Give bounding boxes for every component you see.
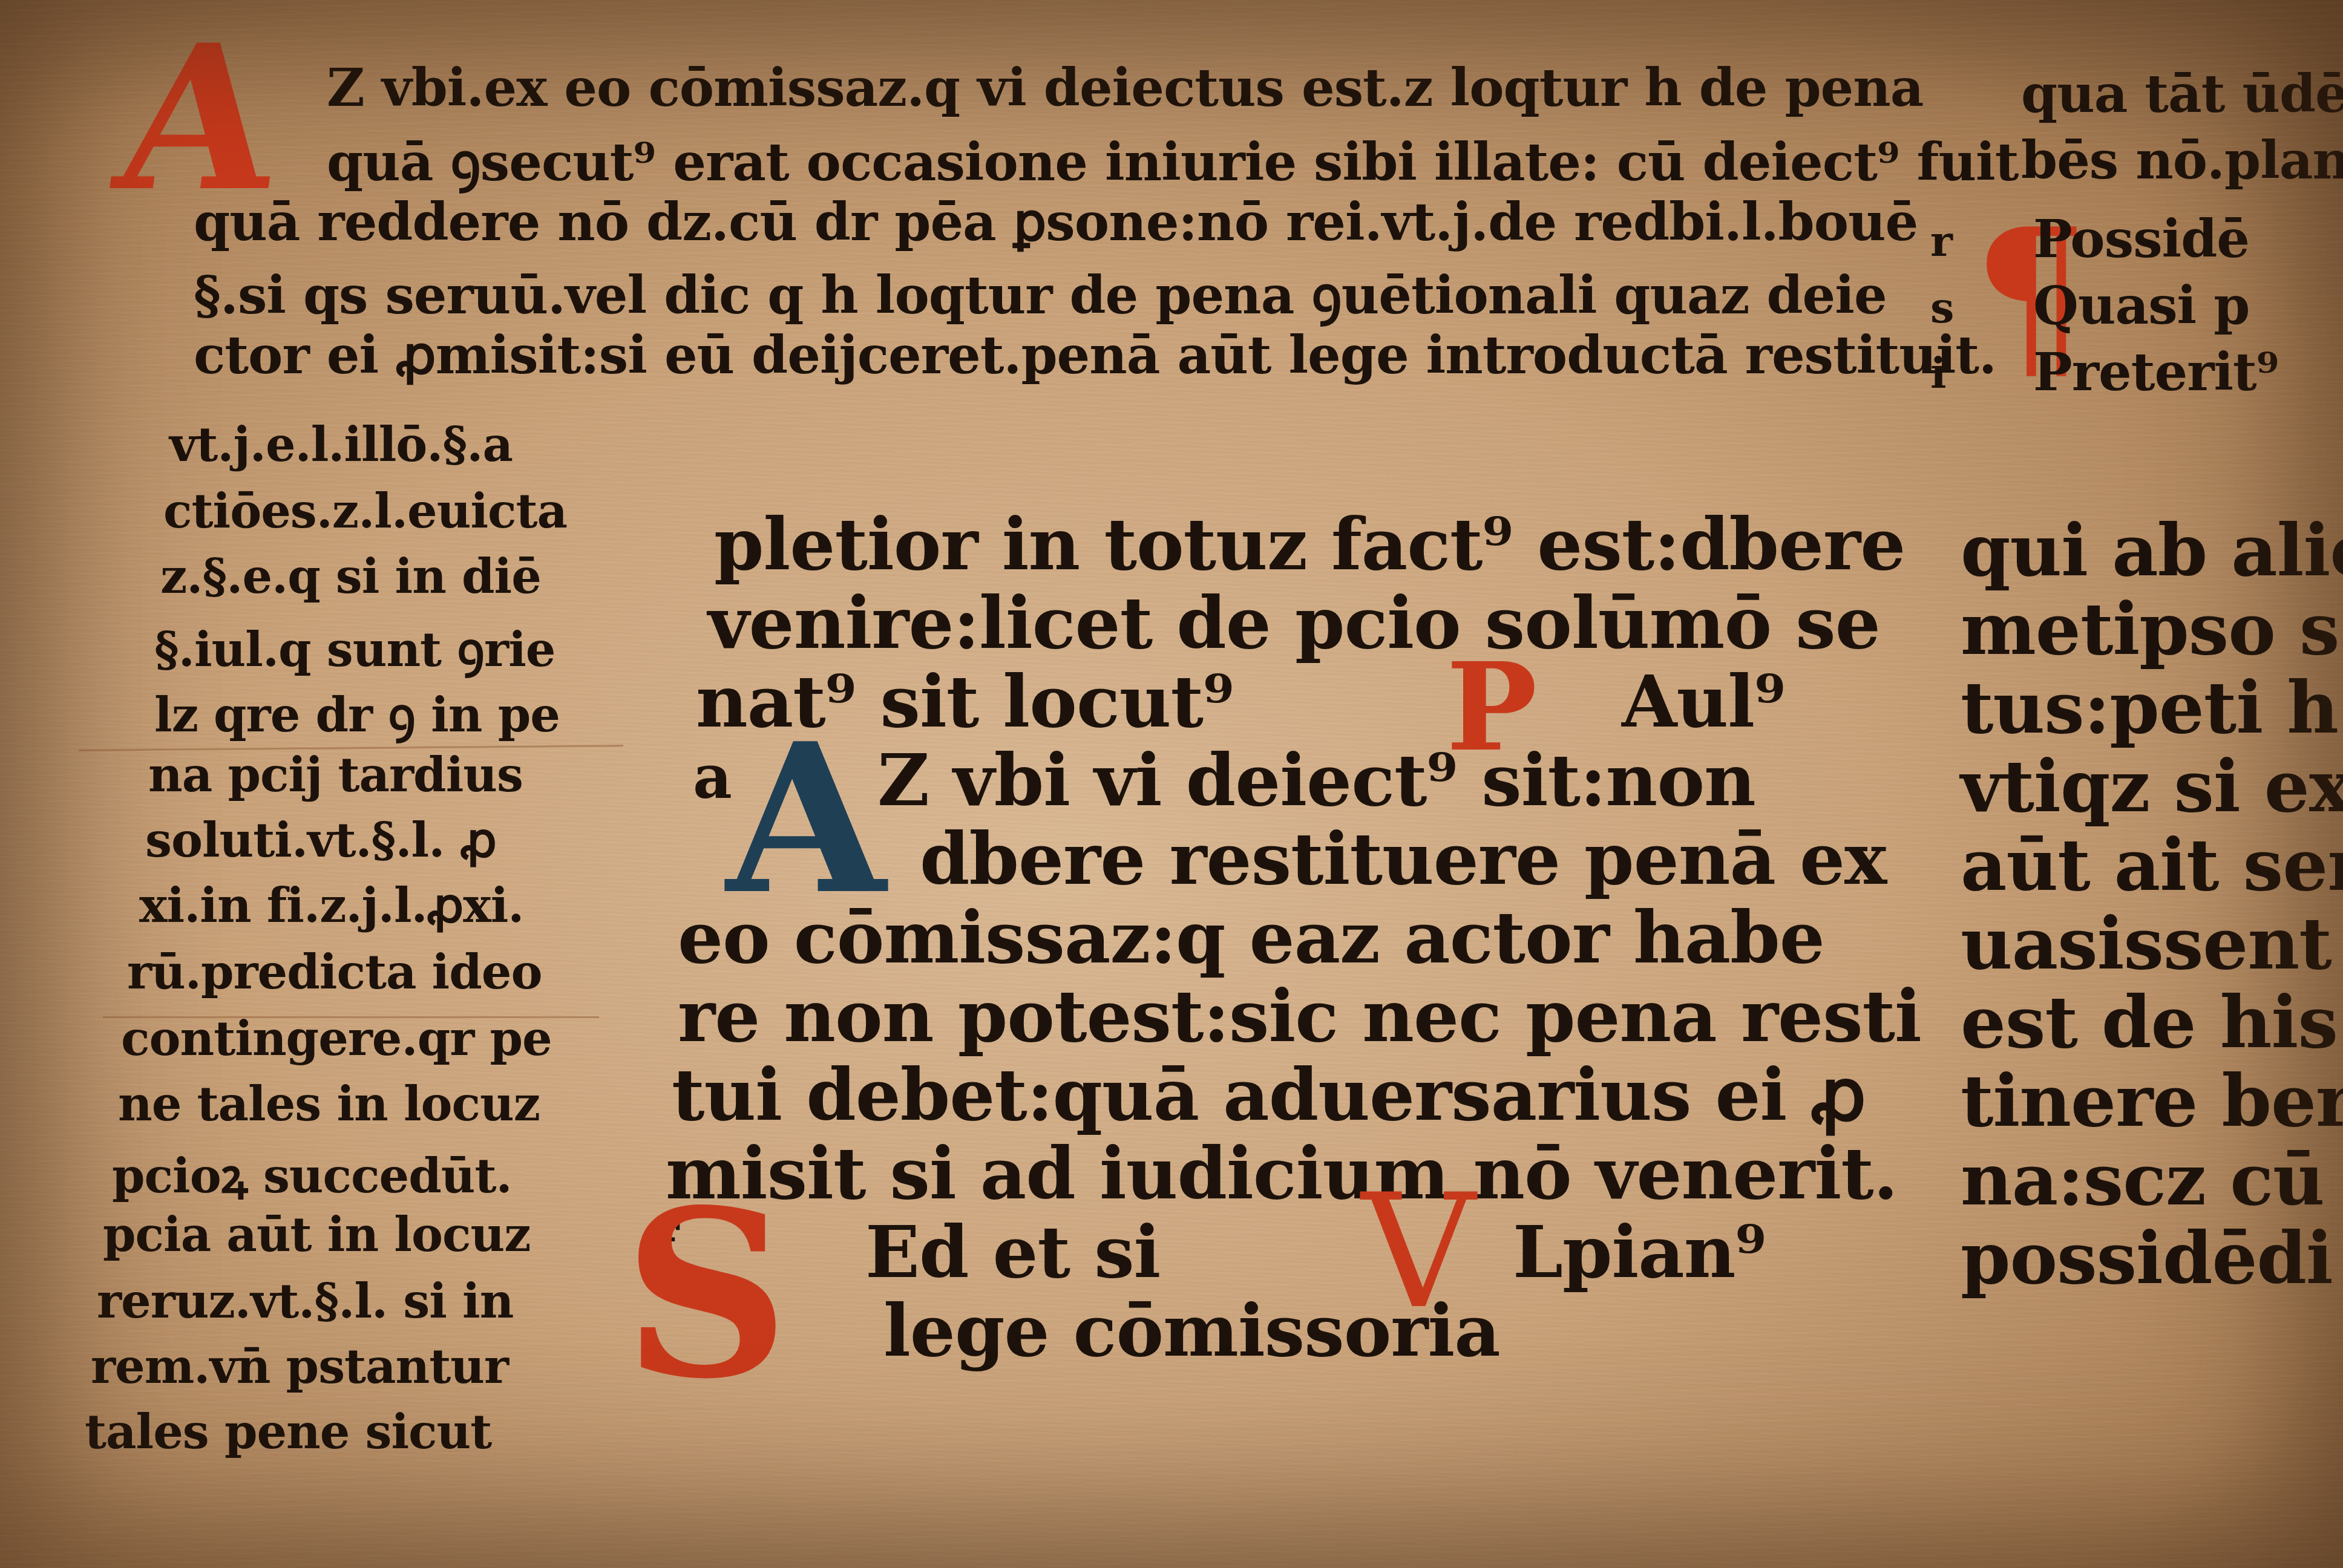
top-right-para-2: Quasi p bbox=[2033, 275, 2249, 336]
right-line-4: vtiqz si ex bbox=[1961, 744, 2343, 828]
top-line-2: quā ꝯsecut⁹ erat occasione iniurie sibi … bbox=[327, 125, 2018, 196]
gloss-line: pcia aūt in locuz bbox=[103, 1207, 530, 1263]
gloss-line: pcioꝝ succedūt. bbox=[112, 1142, 512, 1206]
red-initial-s: S bbox=[623, 1180, 789, 1410]
right-line-3: tus:peti h bbox=[1961, 665, 2338, 750]
right-line-5: aūt ait sen bbox=[1961, 823, 2343, 907]
main-line-4: Z vbi vi deiect⁹ sit:non bbox=[877, 738, 1755, 822]
red-initial-a-top: A bbox=[107, 18, 290, 218]
gloss-line: soluti.vt.§.l. ꝓ bbox=[145, 813, 496, 868]
gloss-line: ctiōes.z.l.euicta bbox=[163, 484, 567, 539]
gloss-line: z.§.e.q si in diē bbox=[160, 549, 541, 604]
main-line-8: tui debet:quā aduersarius ei ꝓ bbox=[672, 1053, 1866, 1137]
gloss-line: rū.predicta ideo bbox=[127, 945, 542, 1000]
marker-s: s bbox=[1930, 283, 1954, 333]
gloss-line: reruz.vt.§.l. si in bbox=[97, 1274, 513, 1329]
main-line-6: eo cōmissaz:q eaz actor habe bbox=[678, 895, 1824, 979]
top-line-4: §.si qs seruū.vel dic q h loqtur de pena… bbox=[194, 258, 1887, 329]
right-line-7: est de his bbox=[1961, 980, 2338, 1064]
main-line-5: dbere restituere penā ex bbox=[920, 817, 1886, 901]
paulus-heading: Aul⁹ bbox=[1622, 659, 1785, 743]
main-line-2: venire:licet de pcio solūmō se bbox=[708, 581, 1880, 665]
gloss-line: xi.in fi.z.j.l.ꝓxi. bbox=[139, 878, 523, 933]
marker-r: r bbox=[1930, 216, 1953, 266]
gloss-line: rem.vn̄ pstantur bbox=[91, 1339, 508, 1394]
faint-ruling-line bbox=[103, 1016, 599, 1018]
right-line-10: possidēdi bbox=[1961, 1216, 2333, 1300]
right-line-1: qui ab alic bbox=[1961, 508, 2343, 592]
gloss-line: lz qre dr ꝯ in pe bbox=[154, 681, 560, 745]
top-right-para-1: Possidē bbox=[2033, 209, 2249, 270]
marker-i: i bbox=[1930, 348, 1947, 398]
right-line-6: uasissent l bbox=[1961, 901, 2343, 985]
blue-initial-a: A bbox=[726, 717, 886, 923]
gloss-line: ne tales in locuz bbox=[118, 1077, 540, 1132]
ulpianus-heading: Lpian⁹ bbox=[1513, 1210, 1766, 1294]
top-right-line-2: bēs nō.plan bbox=[2021, 130, 2343, 191]
main-line-7: re non potest:sic nec pena resti bbox=[678, 974, 1921, 1058]
right-line-8: tinere ber bbox=[1961, 1059, 2343, 1143]
main-line-1: pletior in totuz fact⁹ est:dbere bbox=[714, 502, 1905, 586]
gloss-line: tales pene sicut bbox=[85, 1405, 491, 1460]
gloss-line: na pcij tardius bbox=[148, 748, 523, 803]
right-line-9: na:scz cū bbox=[1961, 1137, 2324, 1221]
top-line-5: ctor ei ꝓmisit:si eū deijceret.penā aūt … bbox=[194, 325, 1996, 386]
gloss-line: vt.j.e.l.illō.§.a bbox=[169, 417, 513, 472]
red-initial-v: V bbox=[1362, 1174, 1475, 1331]
top-right-line-1: qua tāt ūdē bbox=[2021, 64, 2343, 125]
gloss-line: §.iul.q sunt ꝯrie bbox=[154, 616, 555, 680]
gloss-line: contingere.qr pe bbox=[121, 1011, 552, 1067]
main-line-10: Ed et si bbox=[865, 1210, 1160, 1294]
top-right-para-3: Preterit⁹ bbox=[2033, 342, 2279, 403]
top-line-1: Z vbi.ex eo cōmissaz.q vi deiectus est.z… bbox=[327, 57, 1924, 119]
right-line-2: metipso s bbox=[1961, 587, 2339, 671]
top-line-3: quā reddere nō dz.cū dr pēa ꝑsone:nō rei… bbox=[194, 192, 1918, 253]
main-line-9: misit si ad iudicium nō venerit. bbox=[666, 1131, 1898, 1215]
